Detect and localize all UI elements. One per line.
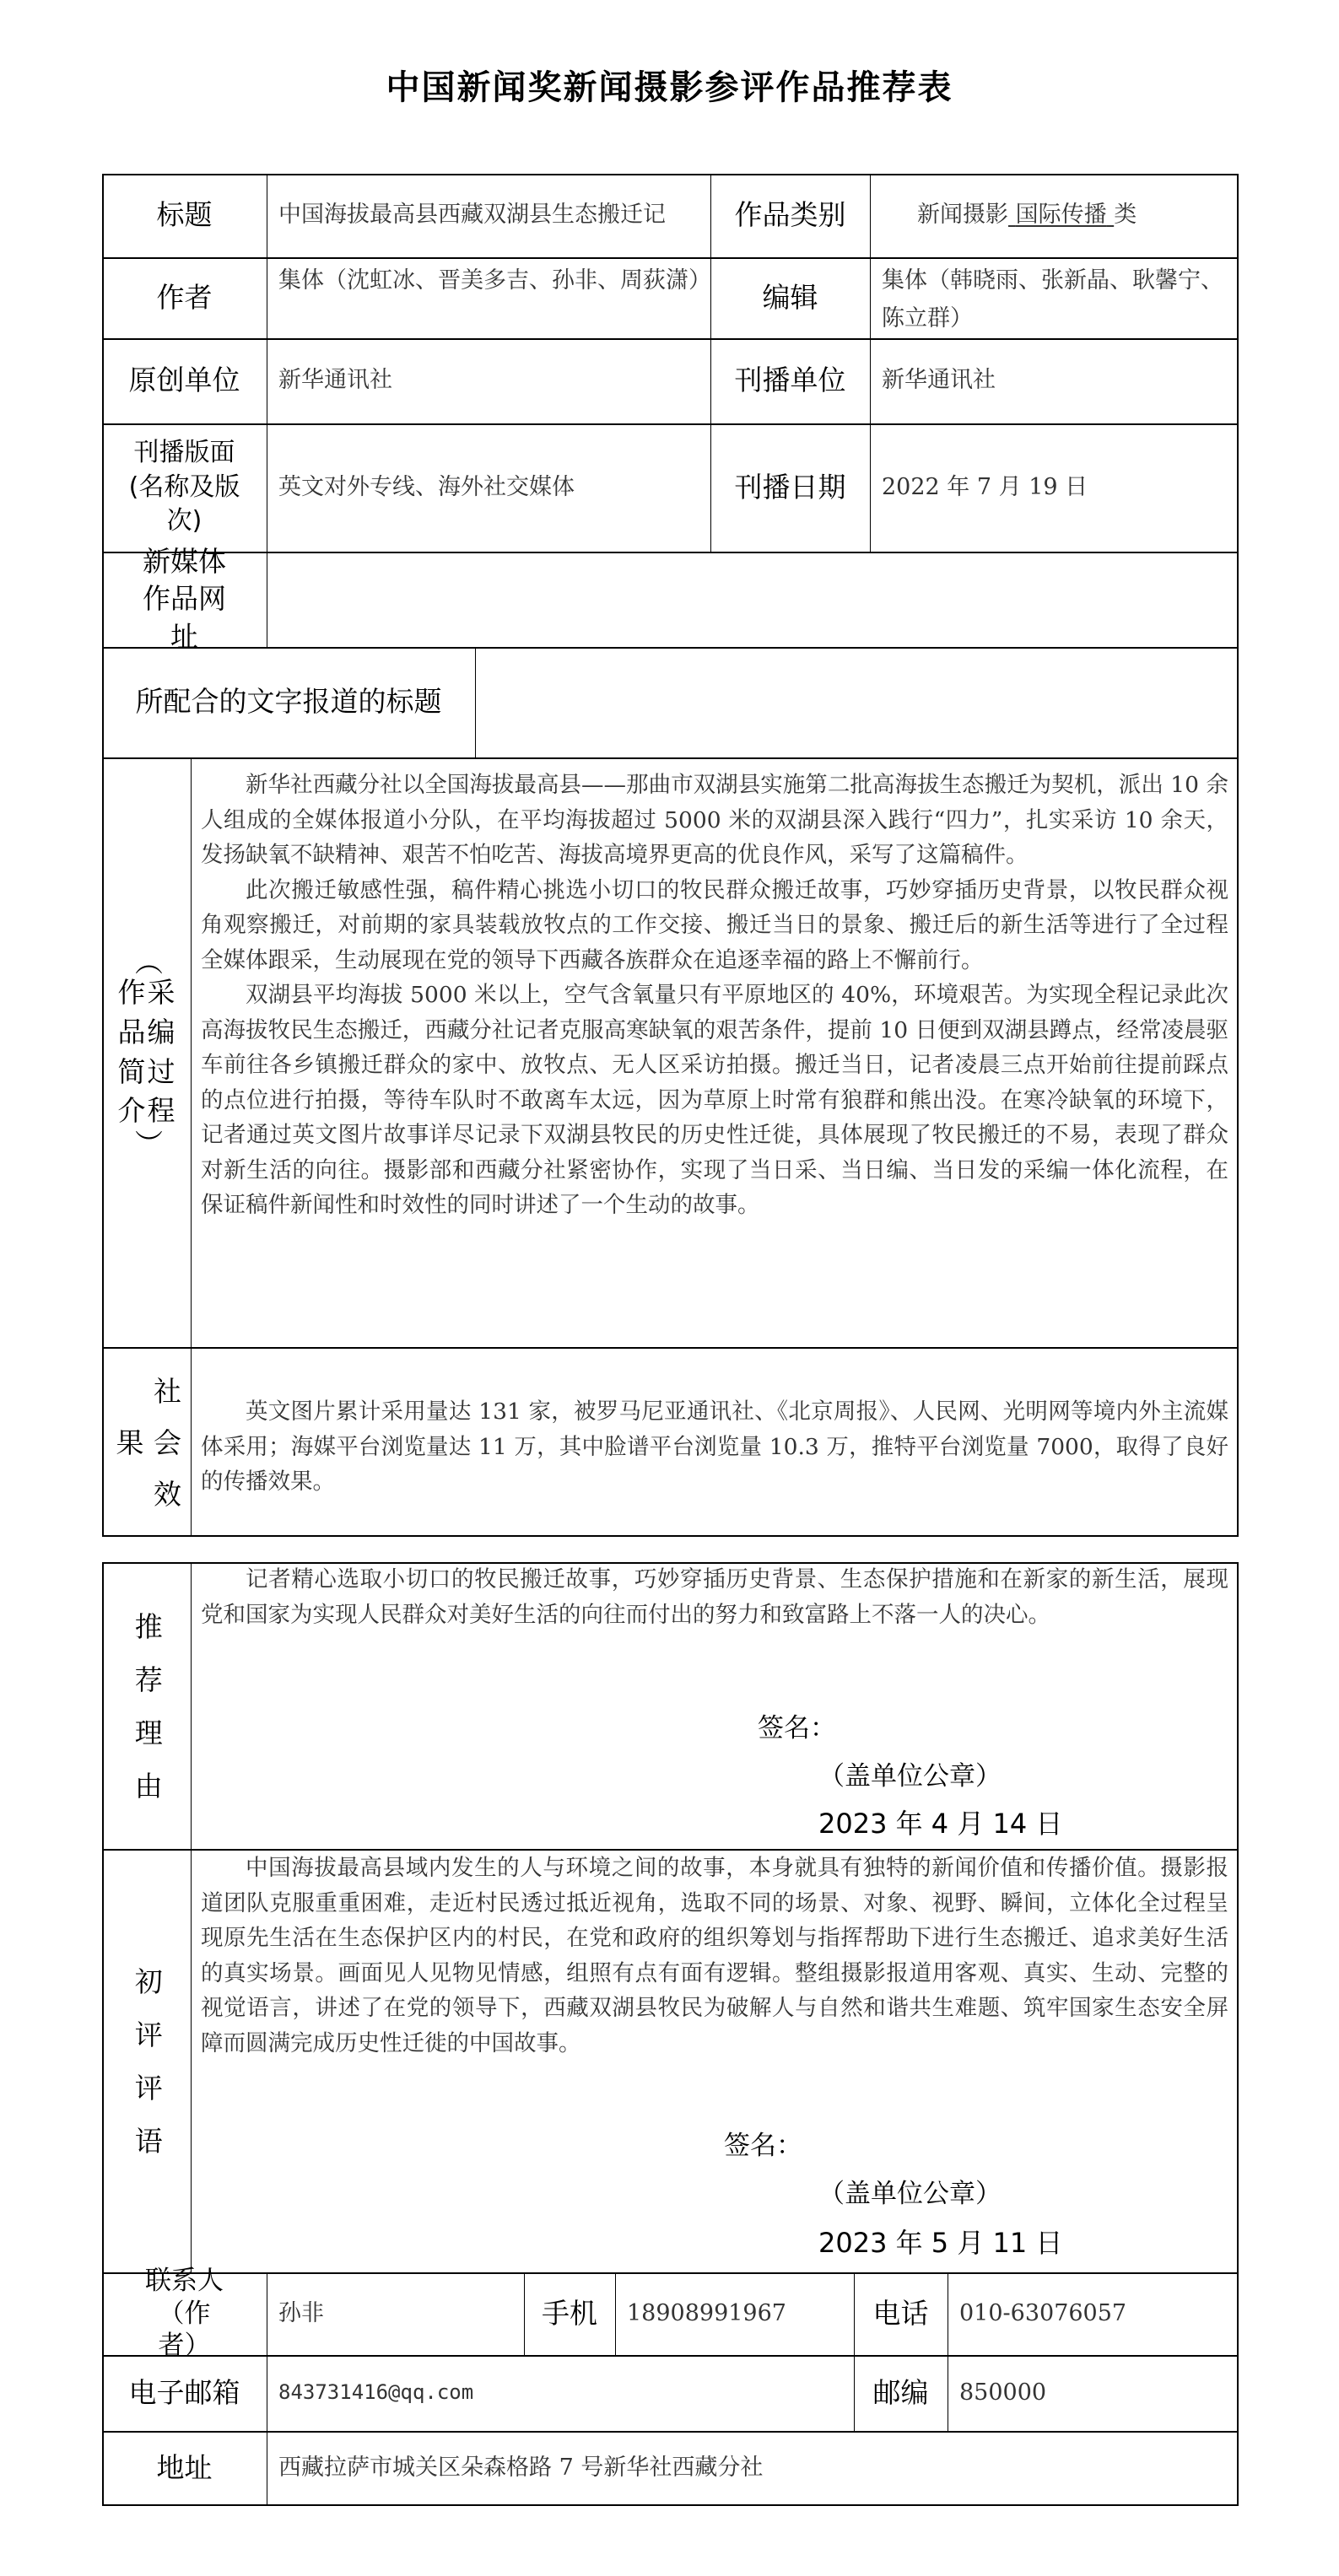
recommendation-content: 记者精心选取小切口的牧民搬迁故事，巧妙穿插历史背景、生态保护措施和在新家的新生活… xyxy=(191,1562,1239,1849)
publish-unit-label: 刊播单位 xyxy=(710,338,870,423)
new-media-url-value xyxy=(267,552,1239,647)
publish-date-label: 刊播日期 xyxy=(710,423,870,552)
recommendation-paragraph: 记者精心选取小切口的牧民搬迁故事，巧妙穿插历史背景、生态保护措施和在新家的新生活… xyxy=(201,1562,1228,1632)
text-report-title-label: 所配合的文字报道的标题 xyxy=(102,647,475,757)
social-effect-content: 英文图片累计采用量达 131 家，被罗马尼亚通讯社、《北京周报》、人民网、光明网… xyxy=(191,1347,1239,1537)
author-value: 集体（沈虹冰、晋美多吉、孙非、周荻潇） xyxy=(267,257,710,338)
author-label: 作者 xyxy=(102,257,267,338)
recommendation-date: 2023 年 4 月 14 日 xyxy=(818,1803,1062,1841)
new-media-url-label: 新媒体作品网址 xyxy=(102,552,267,647)
paren-open: （ xyxy=(128,947,165,975)
category-value: 新闻摄影 国际传播 类 xyxy=(870,174,1239,257)
address-label: 地址 xyxy=(102,2431,267,2506)
process-content: 新华社西藏分社以全国海拔最高县——那曲市双湖县实施第二批高海拔生态搬迁为契机，派… xyxy=(191,757,1239,1347)
review-content: 中国海拔最高县域内发生的人与环境之间的故事，本身就具有独特的新闻价值和传播价值。… xyxy=(191,1849,1239,2272)
publish-page-value: 英文对外专线、海外社交媒体 xyxy=(267,423,710,552)
social-effect-label: 社会效果 xyxy=(102,1347,191,1537)
phone-value: 010-63076057 xyxy=(948,2272,1239,2355)
page-title: 中国新闻奖新闻摄影参评作品推荐表 xyxy=(0,61,1339,109)
process-label: （ 采作 编品 过简 程介 ） xyxy=(102,757,191,1347)
editor-value: 集体（韩晓雨、张新晶、耿馨宁、陈立群） xyxy=(870,257,1239,338)
category-label: 作品类别 xyxy=(710,174,870,257)
recommendation-label: 推荐理由 xyxy=(102,1562,191,1849)
address-value: 西藏拉萨市城关区朵森格路 7 号新华社西藏分社 xyxy=(267,2431,1239,2506)
social-effect-paragraph: 英文图片累计采用量达 131 家，被罗马尼亚通讯社、《北京周报》、人民网、光明网… xyxy=(201,1394,1228,1500)
phone-label: 电话 xyxy=(854,2272,948,2355)
recommendation-seal-label: （盖单位公章） xyxy=(818,1754,1002,1792)
origin-unit-label: 原创单位 xyxy=(102,338,267,423)
paren-close: ） xyxy=(128,1129,165,1157)
recommendation-signature-label: 签名： xyxy=(758,1706,836,1744)
publish-page-label: 刊播版面(名称及版次) xyxy=(102,423,267,552)
editor-label: 编辑 xyxy=(710,257,870,338)
review-label: 初评评语 xyxy=(102,1849,191,2272)
review-paragraph: 中国海拔最高县域内发生的人与环境之间的故事，本身就具有独特的新闻价值和传播价值。… xyxy=(201,1851,1228,2061)
process-paragraph: 新华社西藏分社以全国海拔最高县——那曲市双湖县实施第二批高海拔生态搬迁为契机，派… xyxy=(201,768,1228,873)
category-prefix: 新闻摄影 xyxy=(917,197,1008,234)
contact-label: 联系人（作者） xyxy=(102,2272,267,2355)
contact-value: 孙非 xyxy=(267,2272,524,2355)
category-underlined: 国际传播 xyxy=(1008,197,1114,234)
text-report-title-value xyxy=(475,647,1239,757)
process-paragraph: 双湖县平均海拔 5000 米以上，空气含氧量只有平原地区的 40%，环境艰苦。为… xyxy=(201,978,1228,1223)
process-paragraph: 此次搬迁敏感性强，稿件精心挑选小切口的牧民群众搬迁故事，巧妙穿插历史背景，以牧民… xyxy=(201,873,1228,978)
email-label: 电子邮箱 xyxy=(102,2355,267,2431)
review-signature-label: 签名： xyxy=(724,2124,802,2162)
mobile-label: 手机 xyxy=(524,2272,615,2355)
postcode-label: 邮编 xyxy=(854,2355,948,2431)
title-label: 标题 xyxy=(102,174,267,257)
publish-date-value: 2022 年 7 月 19 日 xyxy=(870,423,1239,552)
review-seal-label: （盖单位公章） xyxy=(818,2172,1002,2210)
publish-unit-value: 新华通讯社 xyxy=(870,338,1239,423)
title-value: 中国海拔最高县西藏双湖县生态搬迁记 xyxy=(267,174,710,257)
postcode-value: 850000 xyxy=(948,2355,1239,2431)
mobile-value: 18908991967 xyxy=(615,2272,854,2355)
category-suffix: 类 xyxy=(1114,197,1137,234)
email-value: 843731416@qq.com xyxy=(267,2355,854,2431)
review-date: 2023 年 5 月 11 日 xyxy=(818,2222,1062,2261)
origin-unit-value: 新华通讯社 xyxy=(267,338,710,423)
